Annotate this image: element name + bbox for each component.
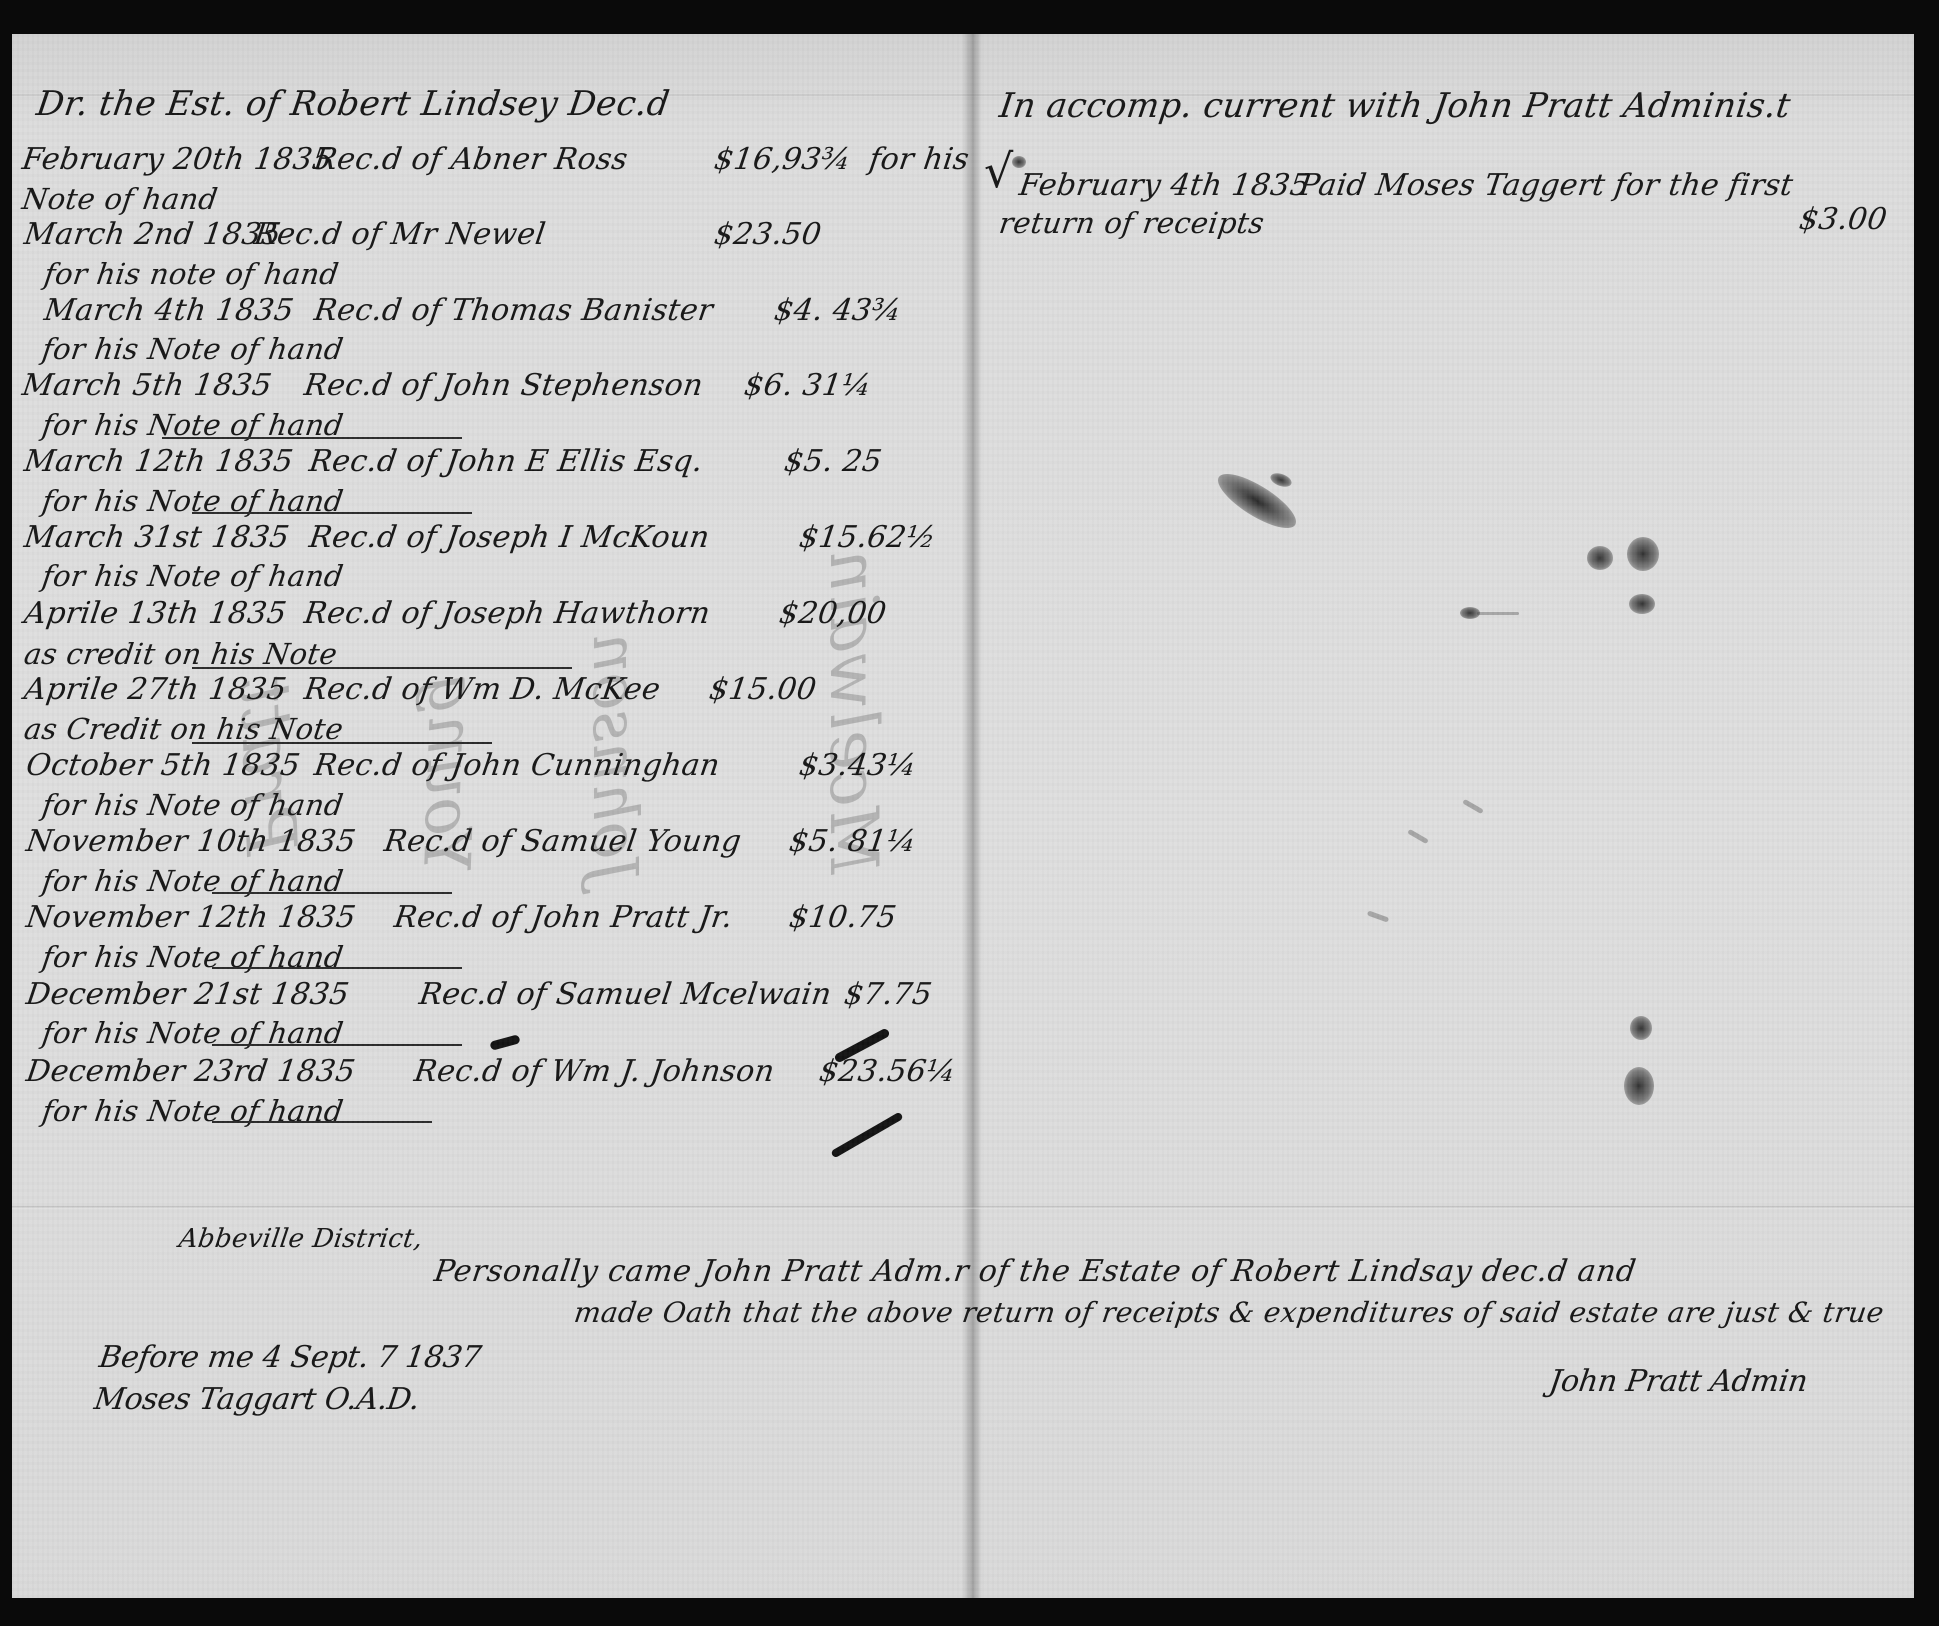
ledger-entry-note: as credit on his Note: [22, 637, 340, 671]
paper-fold-line: [12, 1206, 1914, 1209]
ledger-entry-text: Rec.d of Wm D. McKee: [302, 672, 663, 707]
oath-line-2: made Oath that the above return of recei…: [572, 1296, 1886, 1329]
entry-underline: [192, 667, 572, 669]
ledger-entry-date: Aprile 27th 1835: [22, 672, 289, 707]
oath-sworn-before: Before me 4 Sept. 7 1837: [97, 1340, 483, 1375]
ledger-entry-text: Rec.d of John E Ellis Esq.: [307, 444, 705, 479]
entry-underline: [192, 512, 472, 514]
ledger-entry-text: Rec.d of John Cunninghan: [312, 748, 722, 783]
ink-blot: [1630, 1016, 1652, 1040]
ledger-entry-text: Rec.d of Mr Newel: [252, 217, 548, 252]
ledger-entry-amount: $3.43¼: [797, 748, 919, 783]
oath-line-1: Personally came John Pratt Adm.r of the …: [432, 1254, 1639, 1289]
ledger-entry-amount: $16,93¾: [712, 142, 853, 177]
ledger-entry-text: Rec.d of Samuel Young: [382, 824, 744, 859]
ledger-entry-note: for his: [867, 142, 971, 177]
ledger-entry-date: December 21st 1835: [24, 977, 351, 1012]
ledger-entry-text: Rec.d of John Stephenson: [302, 368, 705, 403]
ledger-entry-date: December 23rd 1835: [24, 1054, 358, 1089]
document-paper: Pratt Young Johnson Mcelwain Dr. the Est…: [12, 34, 1914, 1598]
ledger-entry-date: March 31st 1835: [22, 520, 292, 555]
ink-blot: [1629, 594, 1655, 614]
entry-underline: [192, 742, 492, 744]
entry-underline: [212, 967, 462, 969]
ledger-entry-amount: $20,00: [777, 596, 889, 631]
ledger-entry-date: February 4th 1835: [1017, 168, 1312, 203]
ledger-entry-date: March 5th 1835: [20, 368, 274, 403]
ink-stroke: [489, 1034, 520, 1050]
ink-trail: [1477, 612, 1519, 615]
ledger-entry-text: Rec.d of Joseph Hawthorn: [302, 596, 712, 631]
ledger-entry-text: Rec.d of Wm J. Johnson: [412, 1054, 777, 1089]
ink-blot: [1624, 1067, 1654, 1105]
ledger-entry-text: Rec.d of Abner Ross: [312, 142, 630, 177]
entry-underline: [212, 1044, 462, 1046]
ink-blot: [1627, 537, 1659, 571]
ledger-entry-amount: $3.00: [1797, 202, 1889, 237]
faint-mark: [1462, 799, 1484, 814]
ink-stroke: [830, 1112, 903, 1159]
ledger-entry-text: Rec.d of Thomas Banister: [312, 293, 715, 328]
oath-district: Abbeville District,: [177, 1224, 425, 1254]
ledger-entry-amount: $23.50: [712, 217, 824, 252]
ledger-entry-text: Rec.d of John Pratt Jr.: [392, 900, 735, 935]
ledger-entry-amount: $15.62½: [797, 520, 938, 555]
ledger-entry-date: Aprile 13th 1835: [22, 596, 289, 631]
ledger-entry-amount: $6. 31¼: [742, 368, 874, 403]
ledger-entry-date: February 20th 1835: [20, 142, 334, 177]
ledger-entry-text: Rec.d of Samuel Mcelwain: [417, 977, 834, 1012]
ledger-entry-amount: $7.75: [842, 977, 934, 1012]
ledger-entry-note: for his Note of hand: [40, 332, 346, 366]
ledger-entry-amount: $5. 81¼: [787, 824, 919, 859]
left-page-header: Dr. the Est. of Robert Lindsey Dec.d: [34, 84, 672, 124]
ledger-entry-amount: $5. 25: [782, 444, 884, 479]
ledger-entry-amount: $15.00: [707, 672, 819, 707]
ledger-entry-note: for his Note of hand: [40, 559, 346, 593]
ink-blot: [1269, 471, 1294, 490]
ledger-entry-amount: $10.75: [787, 900, 899, 935]
ink-smear: [1211, 464, 1303, 537]
faint-mark: [1407, 829, 1429, 844]
ledger-entry-date: March 2nd 1835: [22, 217, 283, 252]
entry-underline: [212, 892, 452, 894]
ledger-entry-date: March 12th 1835: [22, 444, 295, 479]
ledger-entry-text: Rec.d of Joseph I McKoun: [307, 520, 712, 555]
ledger-entry-note: return of receipts: [997, 206, 1267, 240]
ledger-entry-note: Note of hand: [20, 182, 220, 216]
entry-underline: [212, 1121, 432, 1123]
ledger-entry-date: November 12th 1835: [24, 900, 358, 935]
ledger-entry-note: as Credit on his Note: [22, 712, 345, 746]
ink-dot: [1012, 156, 1026, 168]
ledger-entry-amount: $4. 43¾: [772, 293, 904, 328]
ledger-entry-text: Paid Moses Taggert for the first: [1297, 168, 1795, 203]
signature: John Pratt Admin: [1547, 1364, 1810, 1399]
ledger-entry-note: for his Note of hand: [40, 788, 346, 822]
page-gutter: [962, 34, 982, 1598]
right-page-header: In accomp. current with John Pratt Admin…: [997, 86, 1793, 126]
entry-underline: [162, 437, 462, 439]
ledger-entry-date: October 5th 1835: [24, 748, 302, 783]
check-mark-icon: √: [984, 144, 1013, 198]
ink-blot: [1587, 546, 1613, 570]
faint-mark: [1367, 910, 1389, 922]
ledger-entry-date: November 10th 1835: [24, 824, 358, 859]
ledger-entry-date: March 4th 1835: [42, 293, 296, 328]
ledger-entry-note: for his note of hand: [42, 257, 341, 291]
oath-official: Moses Taggart O.A.D.: [92, 1382, 422, 1417]
